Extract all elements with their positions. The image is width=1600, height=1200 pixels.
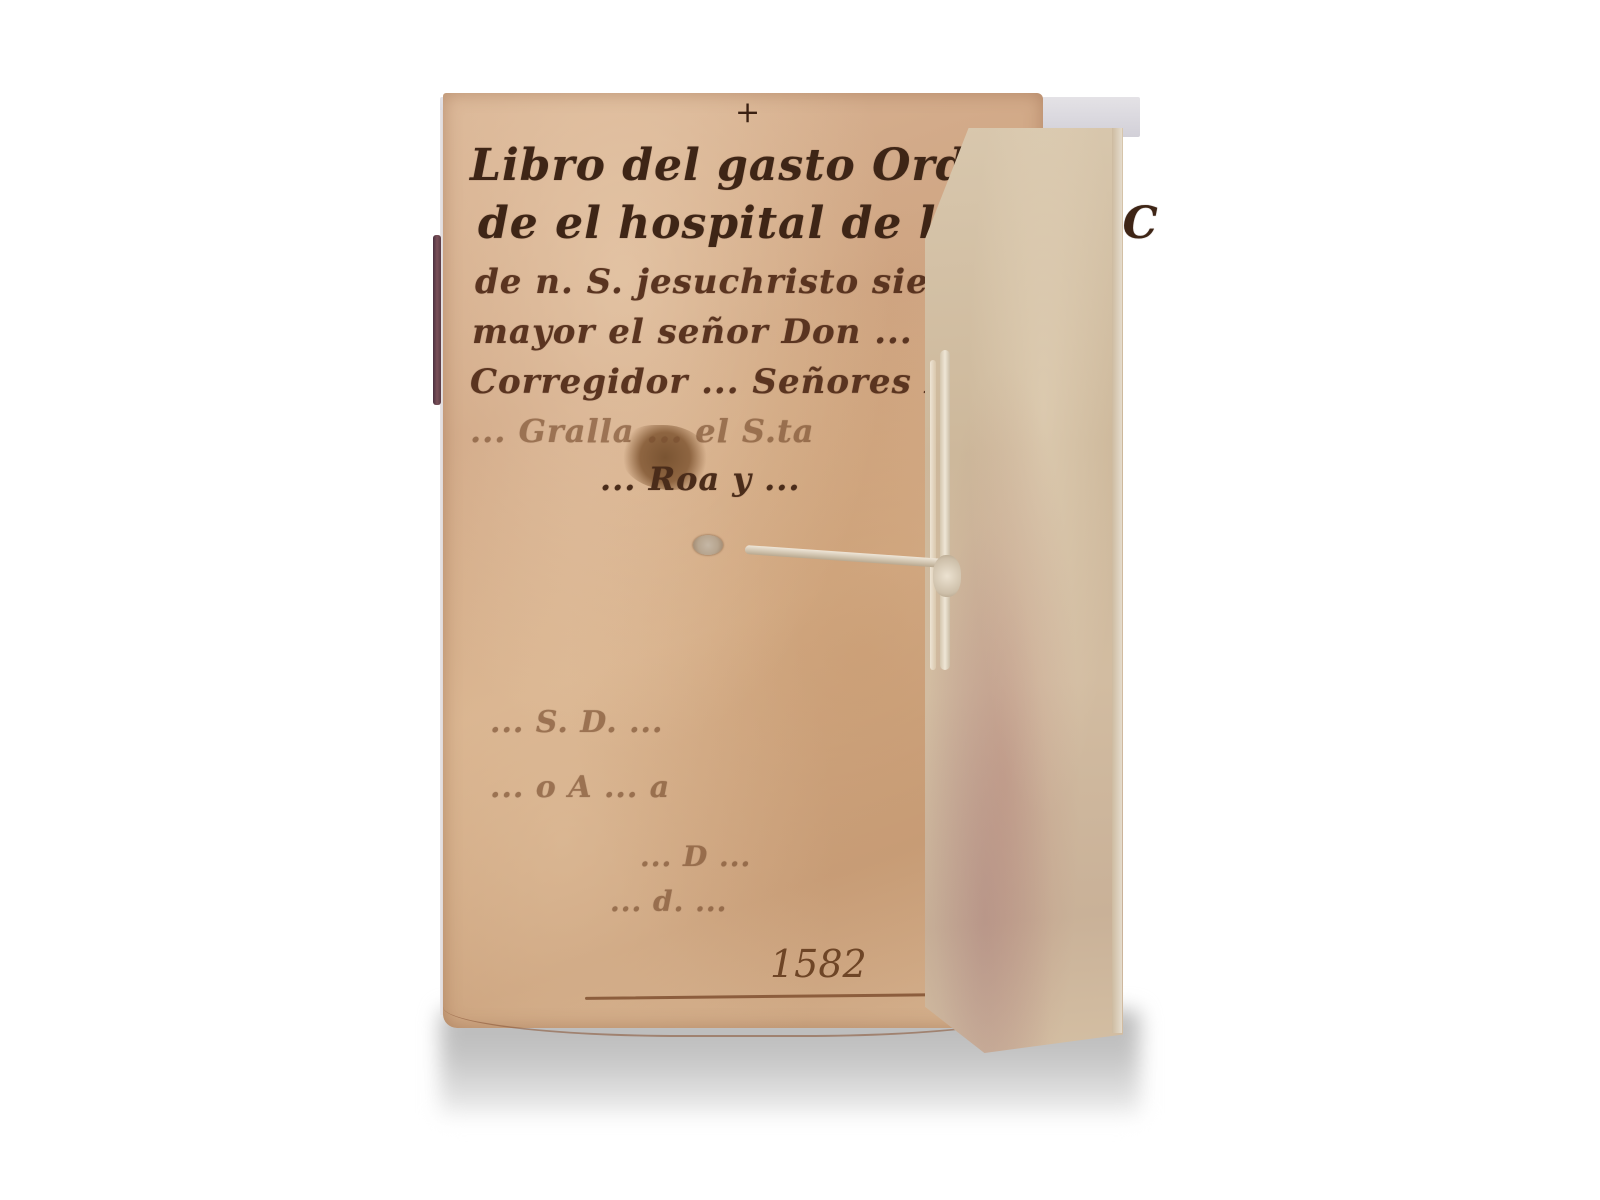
cross-mark: + — [735, 95, 760, 130]
tie-knot — [933, 555, 961, 597]
flap-right-edge — [1112, 128, 1122, 1033]
title-line-7: ... Roa y ... — [600, 460, 801, 498]
flap-fold-highlight — [930, 360, 936, 670]
lower-line-2: ... o A ... a — [490, 770, 670, 805]
buttonhole — [693, 535, 723, 555]
title-line-5: Corregidor ... Señores Don — [470, 362, 1004, 402]
spine-edge — [433, 235, 441, 405]
date-label: 1582 — [770, 942, 867, 986]
lower-line-3: ... D ... — [640, 840, 751, 873]
tie-vertical-strap — [940, 350, 950, 670]
lower-line-4: ... d. ... — [610, 885, 727, 918]
title-line-6: ... Gralla ... el S.ta — [470, 412, 815, 450]
lower-line-1: ... S. D. ... — [490, 705, 663, 740]
